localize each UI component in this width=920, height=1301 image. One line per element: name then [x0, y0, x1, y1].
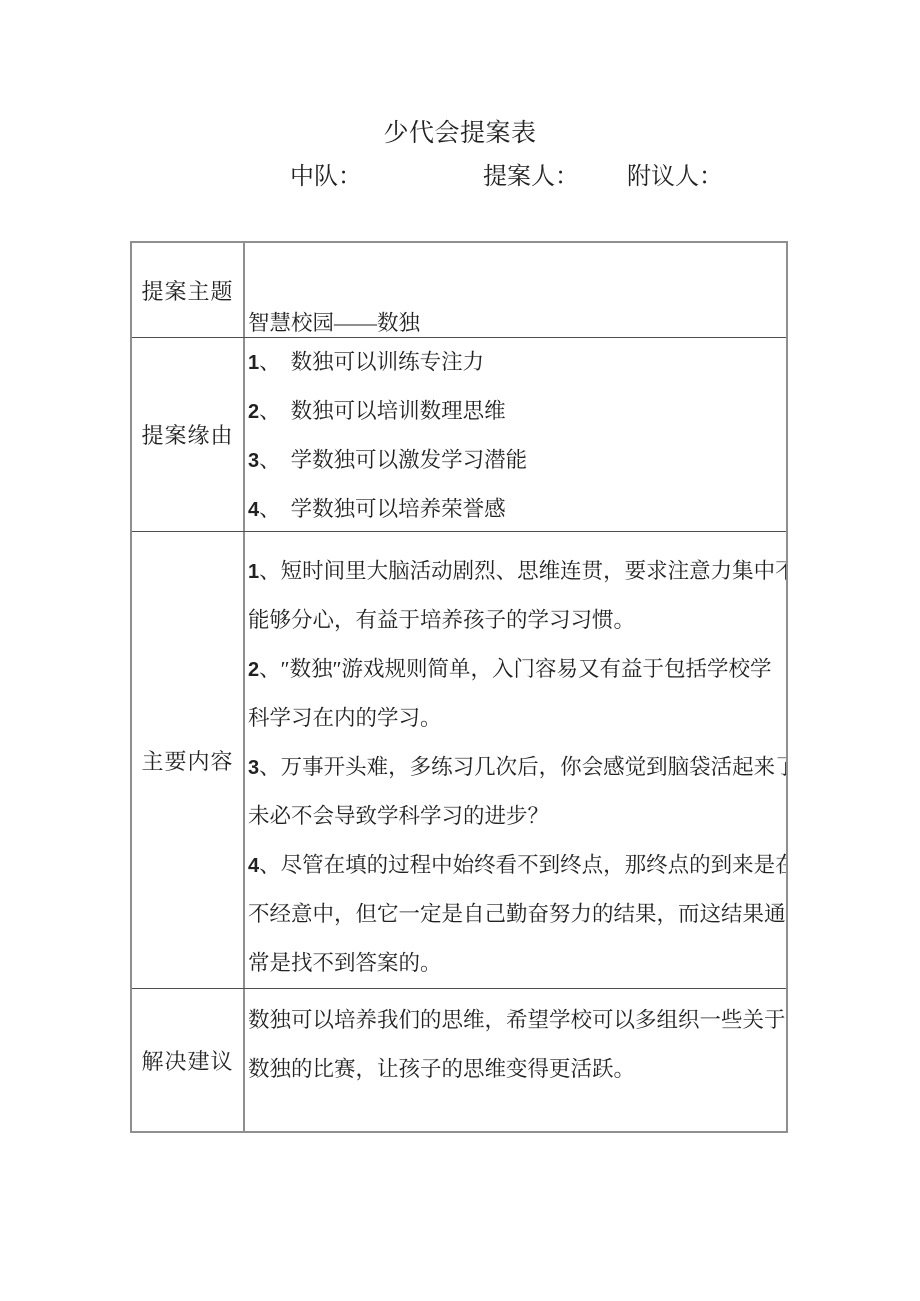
content-line: 数独的比赛，让孩子的思维变得更活跃。: [248, 1045, 786, 1094]
line-text: 学数独可以培养荣誉感: [291, 497, 506, 521]
content-line: 2、数独可以培训数理思维: [248, 387, 786, 436]
item-separator: 、: [259, 657, 281, 681]
item-number: 3: [248, 450, 259, 472]
item-number: 1: [248, 352, 259, 374]
item-separator: 、: [259, 399, 281, 423]
line-text: ″数独″游戏规则简单，入门容易又有益于包括学校学: [281, 657, 772, 681]
content-line: 未必不会导致学科学习的进步？: [248, 792, 786, 841]
line-text: 数独的比赛，让孩子的思维变得更活跃。: [248, 1057, 635, 1081]
main-content: 1、短时间里大脑活动剧烈、思维连贯，要求注意力集中不能够分心，有益于培养孩子的学…: [245, 532, 786, 988]
content-line: 不经意中，但它一定是自己勤奋努力的结果，而这结果通: [248, 890, 786, 939]
table-row-topic: 提案主题 智慧校园——数独: [132, 243, 786, 337]
item-number: 4: [248, 499, 259, 521]
item-number: 1: [248, 561, 259, 583]
row-label-advice: 解决建议: [132, 989, 245, 1131]
field-seconder-label: 附议人：: [627, 161, 723, 193]
page-title: 少代会提案表: [0, 118, 920, 150]
content-line: 4、学数独可以培养荣誉感: [248, 485, 786, 531]
topic-content: 智慧校园——数独: [245, 243, 786, 337]
reason-content: 1、数独可以训练专注力2、数独可以培训数理思维3、学数独可以激发学习潜能4、学数…: [245, 338, 786, 531]
line-text: 数独可以培养我们的思维，希望学校可以多组织一些关于: [248, 1008, 786, 1032]
line-text: 万事开头难，多练习几次后，你会感觉到脑袋活起来了，: [281, 755, 786, 779]
content-line: 科学习在内的学习。: [248, 694, 786, 743]
row-label-main-content: 主要内容: [132, 532, 245, 988]
item-number: 2: [248, 659, 259, 681]
line-text: 短时间里大脑活动剧烈、思维连贯，要求注意力集中不: [281, 559, 786, 583]
item-number: 3: [248, 757, 259, 779]
item-separator: 、: [259, 350, 281, 374]
field-proposer-label: 提案人：: [483, 161, 579, 193]
item-separator: 、: [259, 448, 281, 472]
item-number: 2: [248, 401, 259, 423]
line-text: 尽管在填的过程中始终看不到终点，那终点的到来是在: [281, 853, 786, 877]
item-separator: 、: [259, 853, 281, 877]
proposal-table: 提案主题 智慧校园——数独 提案缘由 1、数独可以训练专注力2、数独可以培训数理…: [130, 241, 788, 1133]
line-text: 学数独可以激发学习潜能: [291, 448, 528, 472]
item-separator: 、: [259, 559, 281, 583]
row-label-topic: 提案主题: [132, 243, 245, 337]
field-squad-label: 中队：: [290, 161, 362, 193]
content-line: 数独可以培养我们的思维，希望学校可以多组织一些关于: [248, 996, 786, 1045]
line-text: 不经意中，但它一定是自己勤奋努力的结果，而这结果通: [248, 902, 786, 926]
row-label-reason: 提案缘由: [132, 338, 245, 531]
line-text: 能够分心，有益于培养孩子的学习习惯。: [248, 608, 635, 632]
line-text: 常是找不到答案的。: [248, 951, 442, 975]
content-line: 1、数独可以训练专注力: [248, 338, 786, 387]
line-text: 数独可以训练专注力: [291, 350, 485, 374]
item-separator: 、: [259, 497, 281, 521]
item-separator: 、: [259, 755, 281, 779]
content-line: 能够分心，有益于培养孩子的学习习惯。: [248, 596, 786, 645]
table-row-advice: 解决建议 数独可以培养我们的思维，希望学校可以多组织一些关于数独的比赛，让孩子的…: [132, 988, 786, 1131]
table-row-reason: 提案缘由 1、数独可以训练专注力2、数独可以培训数理思维3、学数独可以激发学习潜…: [132, 337, 786, 531]
table-row-main-content: 主要内容 1、短时间里大脑活动剧烈、思维连贯，要求注意力集中不能够分心，有益于培…: [132, 531, 786, 988]
content-line: 3、学数独可以激发学习潜能: [248, 436, 786, 485]
advice-content: 数独可以培养我们的思维，希望学校可以多组织一些关于数独的比赛，让孩子的思维变得更…: [245, 989, 786, 1131]
item-number: 4: [248, 855, 259, 877]
content-line: 1、短时间里大脑活动剧烈、思维连贯，要求注意力集中不: [248, 547, 786, 596]
line-text: 未必不会导致学科学习的进步？: [248, 804, 549, 828]
content-line: 4、尽管在填的过程中始终看不到终点，那终点的到来是在: [248, 841, 786, 890]
content-line: 常是找不到答案的。: [248, 939, 786, 988]
line-text: 科学习在内的学习。: [248, 706, 442, 730]
content-line: 2、″数独″游戏规则简单，入门容易又有益于包括学校学: [248, 645, 786, 694]
line-text: 数独可以培训数理思维: [291, 399, 506, 423]
content-line: 3、万事开头难，多练习几次后，你会感觉到脑袋活起来了，: [248, 743, 786, 792]
